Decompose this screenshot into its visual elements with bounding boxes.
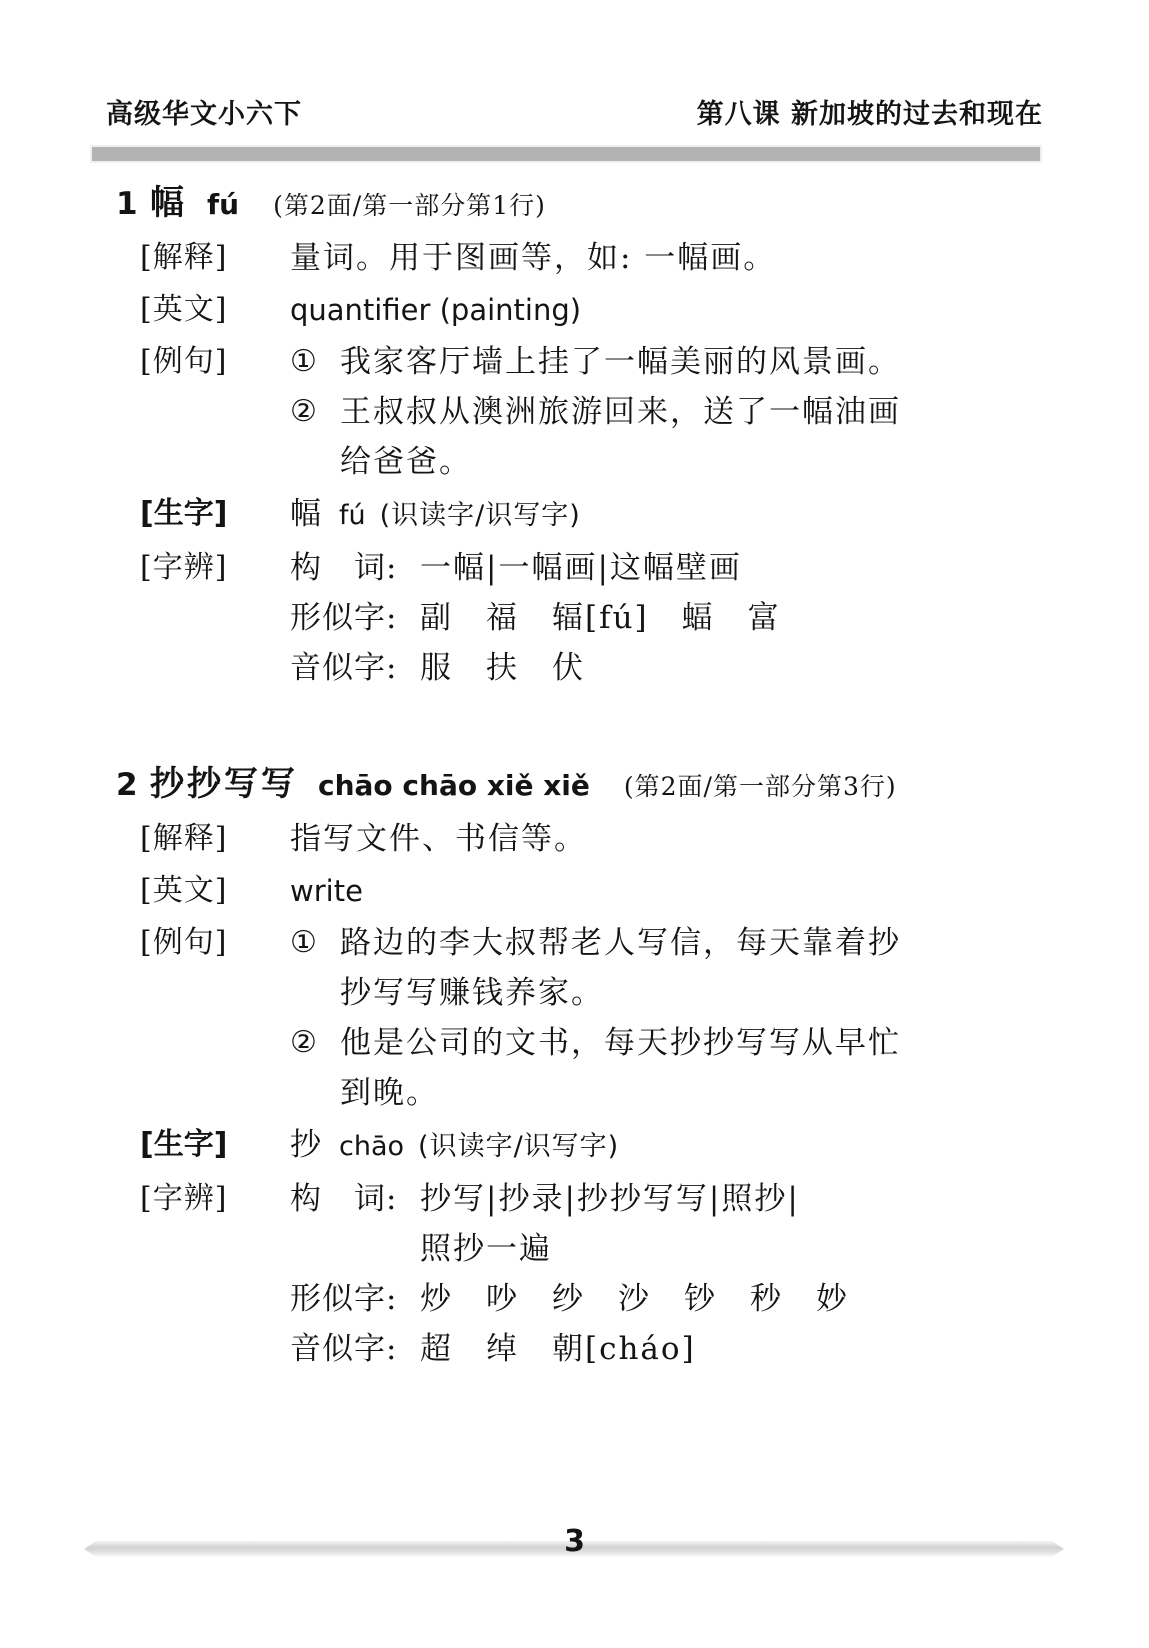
example-text-line: 王叔叔从澳洲旅游回来，送了一幅油画 <box>340 387 901 437</box>
similar-sound-text: 超 绰 朝[cháo] <box>420 1324 696 1374</box>
similar-sound-text: 服 扶 伏 <box>420 643 585 693</box>
similar-sound-label: 音似字: <box>290 643 420 693</box>
similar-sound-label: 音似字: <box>290 1324 420 1374</box>
example-number-icon: ② <box>290 1018 340 1068</box>
entry-1: 1 幅 fú (第2面/第一部分第1行) [解释] 量词。用于图画等，如: 一幅… <box>116 178 1052 693</box>
examples-row: [例句] ① 路边的李大叔帮老人写信，每天靠着抄 抄写写赚钱养家。 ② 他是公司… <box>116 918 1052 1118</box>
entry-2: 2 抄抄写写 chāo chāo xiě xiě (第2面/第一部分第3行) [… <box>116 759 1052 1374</box>
example-text-line: 抄写写赚钱养家。 <box>340 968 901 1018</box>
explain-text: 指写文件、书信等。 <box>290 814 587 864</box>
new-word-term: 幅 <box>290 489 323 539</box>
example-text-line: 路边的李大叔帮老人写信，每天靠着抄 <box>340 918 901 968</box>
distinguish-label: [字辨] <box>140 543 290 593</box>
english-row: [英文] quantifier (painting) <box>116 285 1052 335</box>
new-word-note: (识读字/识写字) <box>418 1122 619 1172</box>
explain-label: [解释] <box>140 233 290 283</box>
example-number-icon: ① <box>290 337 340 387</box>
new-word-row: [生字] 幅 fú (识读字/识写字) <box>116 489 1052 541</box>
example-text: 路边的李大叔帮老人写信，每天靠着抄 抄写写赚钱养家。 <box>340 918 901 1018</box>
entry-term: 抄抄写写 <box>150 759 298 809</box>
new-word-label: [生字] <box>140 1120 290 1170</box>
explain-label: [解释] <box>140 814 290 864</box>
compound-words-label: 构 词: <box>290 543 420 593</box>
similar-form-row: 形似字: 副 福 辐[fú] 蝠 富 <box>290 593 781 643</box>
examples-label: [例句] <box>140 918 290 968</box>
new-word-pinyin: fú <box>339 491 366 541</box>
new-word-pinyin: chāo <box>339 1122 404 1172</box>
english-text: quantifier (painting) <box>290 285 581 335</box>
example-text-line: 给爸爸。 <box>340 437 901 487</box>
entry-number: 1 <box>116 179 150 229</box>
explain-row: [解释] 指写文件、书信等。 <box>116 814 1052 864</box>
entry-number: 2 <box>116 760 150 810</box>
example-text: 王叔叔从澳洲旅游回来，送了一幅油画 给爸爸。 <box>340 387 901 487</box>
entry-pinyin: chāo chāo xiě xiě <box>318 761 590 811</box>
example-text: 我家客厅墙上挂了一幅美丽的风景画。 <box>340 337 901 387</box>
examples-row: [例句] ① 我家客厅墙上挂了一幅美丽的风景画。 ② 王叔叔从澳洲旅游回来，送了… <box>116 337 1052 487</box>
entry-pinyin: fú <box>207 180 239 230</box>
header-lesson-title: 第八课 新加坡的过去和现在 <box>697 92 1043 131</box>
similar-form-text: 炒 吵 纱 沙 钞 秒 妙 <box>420 1274 849 1324</box>
distinguish-row: [字辨] 构 词: 抄写|抄录|抄抄写写|照抄| 照抄一遍 形似字: 炒 吵 纱… <box>116 1174 1052 1374</box>
explain-row: [解释] 量词。用于图画等，如: 一幅画。 <box>116 233 1052 283</box>
similar-form-label: 形似字: <box>290 1274 420 1324</box>
similar-sound-row: 音似字: 服 扶 伏 <box>290 643 781 693</box>
compound-words-row: 构 词: 抄写|抄录|抄抄写写|照抄| <box>290 1174 849 1224</box>
example-text-line: 他是公司的文书，每天抄抄写写从早忙 <box>340 1018 901 1068</box>
textbook-page: 高级华文小六下 第八课 新加坡的过去和现在 1 幅 fú (第2面/第一部分第1… <box>0 0 1149 1648</box>
example-sentence: ② 他是公司的文书，每天抄抄写写从早忙 到晚。 <box>290 1018 901 1118</box>
entry-source-location: (第2面/第一部分第3行) <box>624 762 897 812</box>
compound-words-row: 构 词: 一幅|一幅画|这幅壁画 <box>290 543 781 593</box>
examples-label: [例句] <box>140 337 290 387</box>
english-text: write <box>290 866 363 916</box>
new-word-note: (识读字/识写字) <box>380 491 581 541</box>
example-sentence: ① 我家客厅墙上挂了一幅美丽的风景画。 <box>290 337 901 387</box>
header-book-title: 高级华文小六下 <box>106 92 302 131</box>
english-label: [英文] <box>140 866 290 916</box>
new-word-term: 抄 <box>290 1120 323 1170</box>
distinguish-row: [字辨] 构 词: 一幅|一幅画|这幅壁画 形似字: 副 福 辐[fú] 蝠 富… <box>116 543 1052 693</box>
similar-form-text: 副 福 辐[fú] 蝠 富 <box>420 593 781 643</box>
entry-1-heading: 1 幅 fú (第2面/第一部分第1行) <box>116 178 1052 231</box>
example-number-icon: ① <box>290 918 340 968</box>
page-header: 高级华文小六下 第八课 新加坡的过去和现在 <box>106 92 1043 131</box>
compound-words-continuation: 照抄一遍 <box>420 1224 849 1274</box>
example-sentence: ① 路边的李大叔帮老人写信，每天靠着抄 抄写写赚钱养家。 <box>290 918 901 1018</box>
new-word-label: [生字] <box>140 489 290 539</box>
entry-term: 幅 <box>150 178 187 228</box>
entry-source-location: (第2面/第一部分第1行) <box>273 181 546 231</box>
english-row: [英文] write <box>116 866 1052 916</box>
new-word-row: [生字] 抄 chāo (识读字/识写字) <box>116 1120 1052 1172</box>
compound-words-label: 构 词: <box>290 1174 420 1224</box>
glossary-content: 1 幅 fú (第2面/第一部分第1行) [解释] 量词。用于图画等，如: 一幅… <box>116 178 1052 1376</box>
example-sentence: ② 王叔叔从澳洲旅游回来，送了一幅油画 给爸爸。 <box>290 387 901 487</box>
distinguish-label: [字辨] <box>140 1174 290 1224</box>
similar-sound-row: 音似字: 超 绰 朝[cháo] <box>290 1324 849 1374</box>
header-divider-bar <box>92 147 1040 161</box>
example-text-line: 到晚。 <box>340 1068 901 1118</box>
entry-2-heading: 2 抄抄写写 chāo chāo xiě xiě (第2面/第一部分第3行) <box>116 759 1052 812</box>
similar-form-label: 形似字: <box>290 593 420 643</box>
english-label: [英文] <box>140 285 290 335</box>
example-number-icon: ② <box>290 387 340 437</box>
compound-words-text: 一幅|一幅画|这幅壁画 <box>420 543 742 593</box>
compound-words-text: 抄写|抄录|抄抄写写|照抄| <box>420 1174 800 1224</box>
page-number: 3 <box>0 1524 1149 1559</box>
example-text: 他是公司的文书，每天抄抄写写从早忙 到晚。 <box>340 1018 901 1118</box>
similar-form-row: 形似字: 炒 吵 纱 沙 钞 秒 妙 <box>290 1274 849 1324</box>
explain-text: 量词。用于图画等，如: 一幅画。 <box>290 233 776 283</box>
